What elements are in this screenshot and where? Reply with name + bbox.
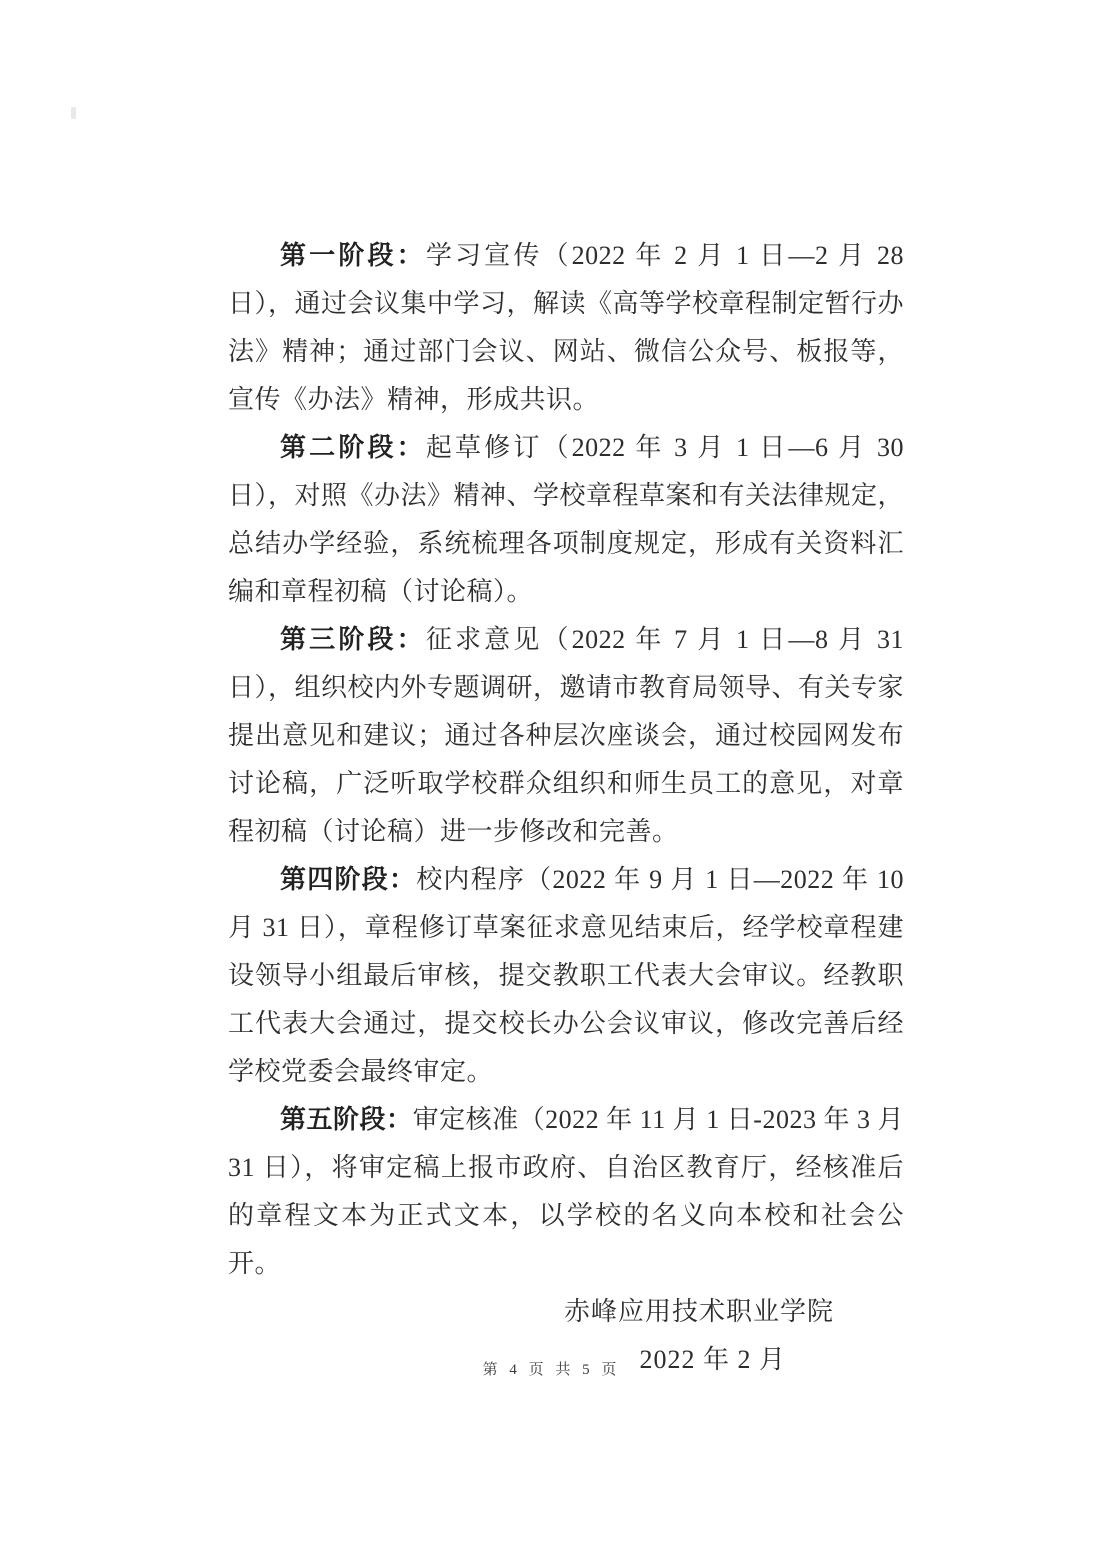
- scan-edge-artifact: [71, 107, 76, 119]
- document-body: 第一阶段：学习宣传（2022 年 2 月 1 日—2 月 28 日），通过会议集…: [228, 232, 904, 1384]
- stage-paragraph-4: 第四阶段：校内程序（2022 年 9 月 1 日—2022 年 10 月 31 …: [228, 856, 904, 1096]
- stage-paragraph-1: 第一阶段：学习宣传（2022 年 2 月 1 日—2 月 28 日），通过会议集…: [228, 232, 904, 424]
- document-page: 第一阶段：学习宣传（2022 年 2 月 1 日—2 月 28 日），通过会议集…: [0, 0, 1103, 1559]
- stage-paragraph-5: 第五阶段：审定核准（2022 年 11 月 1 日-2023 年 3 月 31 …: [228, 1096, 904, 1288]
- stage-3-text: 征求意见（2022 年 7 月 1 日—8 月 31 日），组织校内外专题调研，…: [228, 625, 904, 846]
- stage-1-label: 第一阶段：: [280, 241, 426, 270]
- stage-5-label: 第五阶段：: [280, 1105, 413, 1134]
- page-number-text: 第 4 页 共 5 页: [483, 1362, 621, 1378]
- signature-organization: 赤峰应用技术职业学院: [228, 1288, 904, 1336]
- stage-3-label: 第三阶段：: [280, 625, 426, 654]
- stage-4-label: 第四阶段：: [280, 865, 416, 894]
- page-footer: 第 4 页 共 5 页: [0, 1356, 1103, 1384]
- stage-paragraph-2: 第二阶段：起草修订（2022 年 3 月 1 日—6 月 30 日），对照《办法…: [228, 424, 904, 616]
- stage-4-text: 校内程序（2022 年 9 月 1 日—2022 年 10 月 31 日），章程…: [228, 865, 904, 1086]
- stage-paragraph-3: 第三阶段：征求意见（2022 年 7 月 1 日—8 月 31 日），组织校内外…: [228, 616, 904, 856]
- stage-2-label: 第二阶段：: [280, 433, 426, 462]
